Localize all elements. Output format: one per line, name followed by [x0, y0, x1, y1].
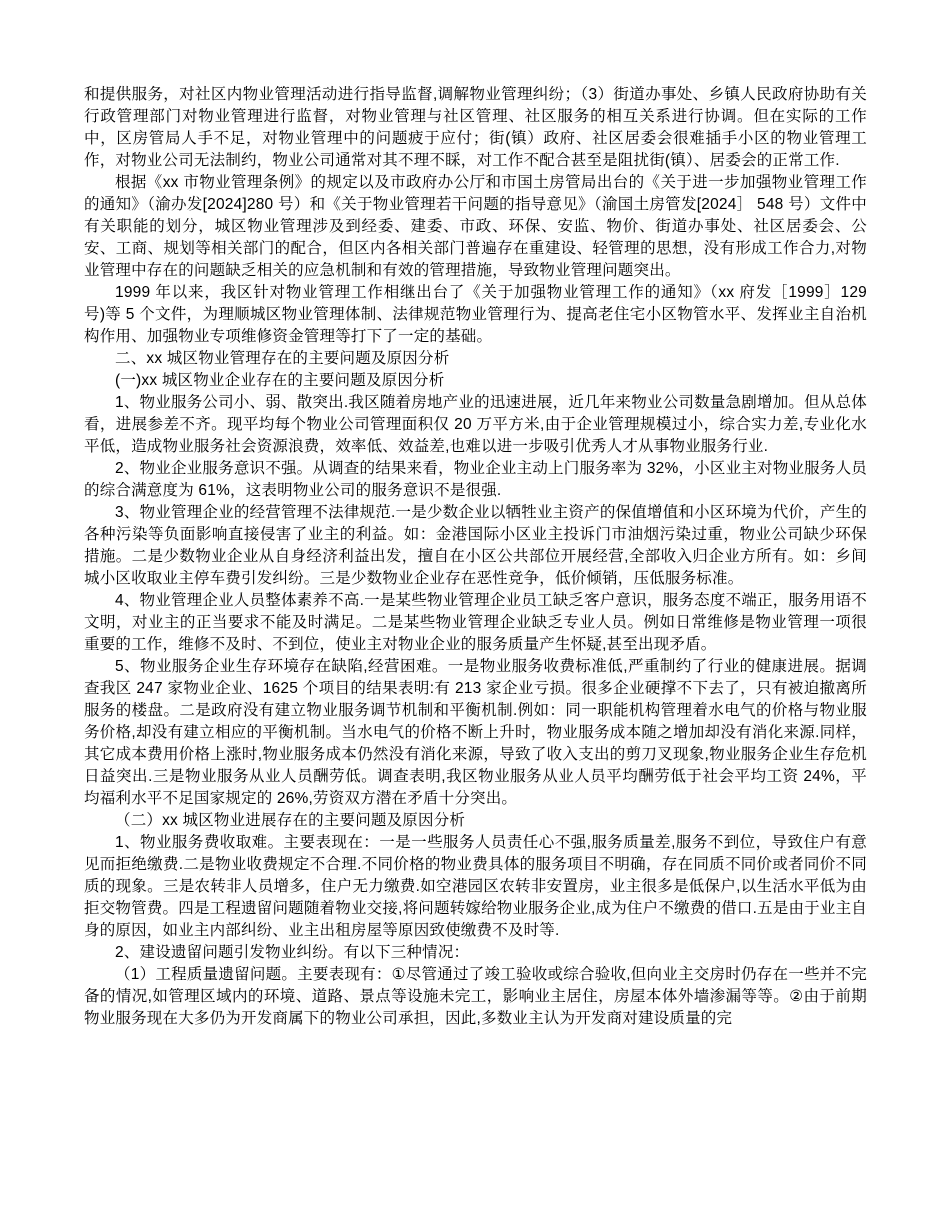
paragraph: （1）工程质量遗留问题。主要表现有：①尽管通过了竣工验收或综合验收,但向业主交房…: [84, 964, 867, 1030]
paragraph: 1999 年以来，我区针对物业管理工作相继出台了《关于加强物业管理工作的通知》（…: [84, 282, 867, 348]
document-page: 和提供服务，对社区内物业管理活动进行指导监督,调解物业管理纠纷；（3）街道办事处…: [0, 0, 950, 1230]
paragraph: 4、物业管理企业人员整体素养不高.一是某些物业管理企业员工缺乏客户意识，服务态度…: [84, 590, 867, 656]
paragraph: 3、物业管理企业的经营管理不法律规范.一是少数企业以牺牲业主资产的保值增值和小区…: [84, 502, 867, 590]
paragraph: 2、物业企业服务意识不强。从调查的结果来看，物业企业主动上门服务率为 32%，小…: [84, 458, 867, 502]
paragraph: 1、物业服务公司小、弱、散突出.我区随着房地产业的迅速进展，近几年来物业公司数量…: [84, 392, 867, 458]
document-text-block: 和提供服务，对社区内物业管理活动进行指导监督,调解物业管理纠纷；（3）街道办事处…: [84, 84, 867, 1030]
paragraph: 1、物业服务费收取难。主要表现在：一是一些服务人员责任心不强,服务质量差,服务不…: [84, 832, 867, 942]
paragraph: 5、物业服务企业生存环境存在缺陷,经营困难。一是物业服务收费标准低,严重制约了行…: [84, 656, 867, 810]
section-heading: 二、xx 城区物业管理存在的主要问题及原因分析: [84, 348, 867, 370]
paragraph: 2、建设遗留问题引发物业纠纷。有以下三种情况：: [84, 942, 867, 964]
paragraph: 根据《xx 市物业管理条例》的规定以及市政府办公厅和市国土房管局出台的《关于进一…: [84, 172, 867, 282]
subsection-heading: （二）xx 城区物业进展存在的主要问题及原因分析: [84, 810, 867, 832]
subsection-heading: (一)xx 城区物业企业存在的主要问题及原因分析: [84, 370, 867, 392]
paragraph: 和提供服务，对社区内物业管理活动进行指导监督,调解物业管理纠纷；（3）街道办事处…: [84, 84, 867, 172]
